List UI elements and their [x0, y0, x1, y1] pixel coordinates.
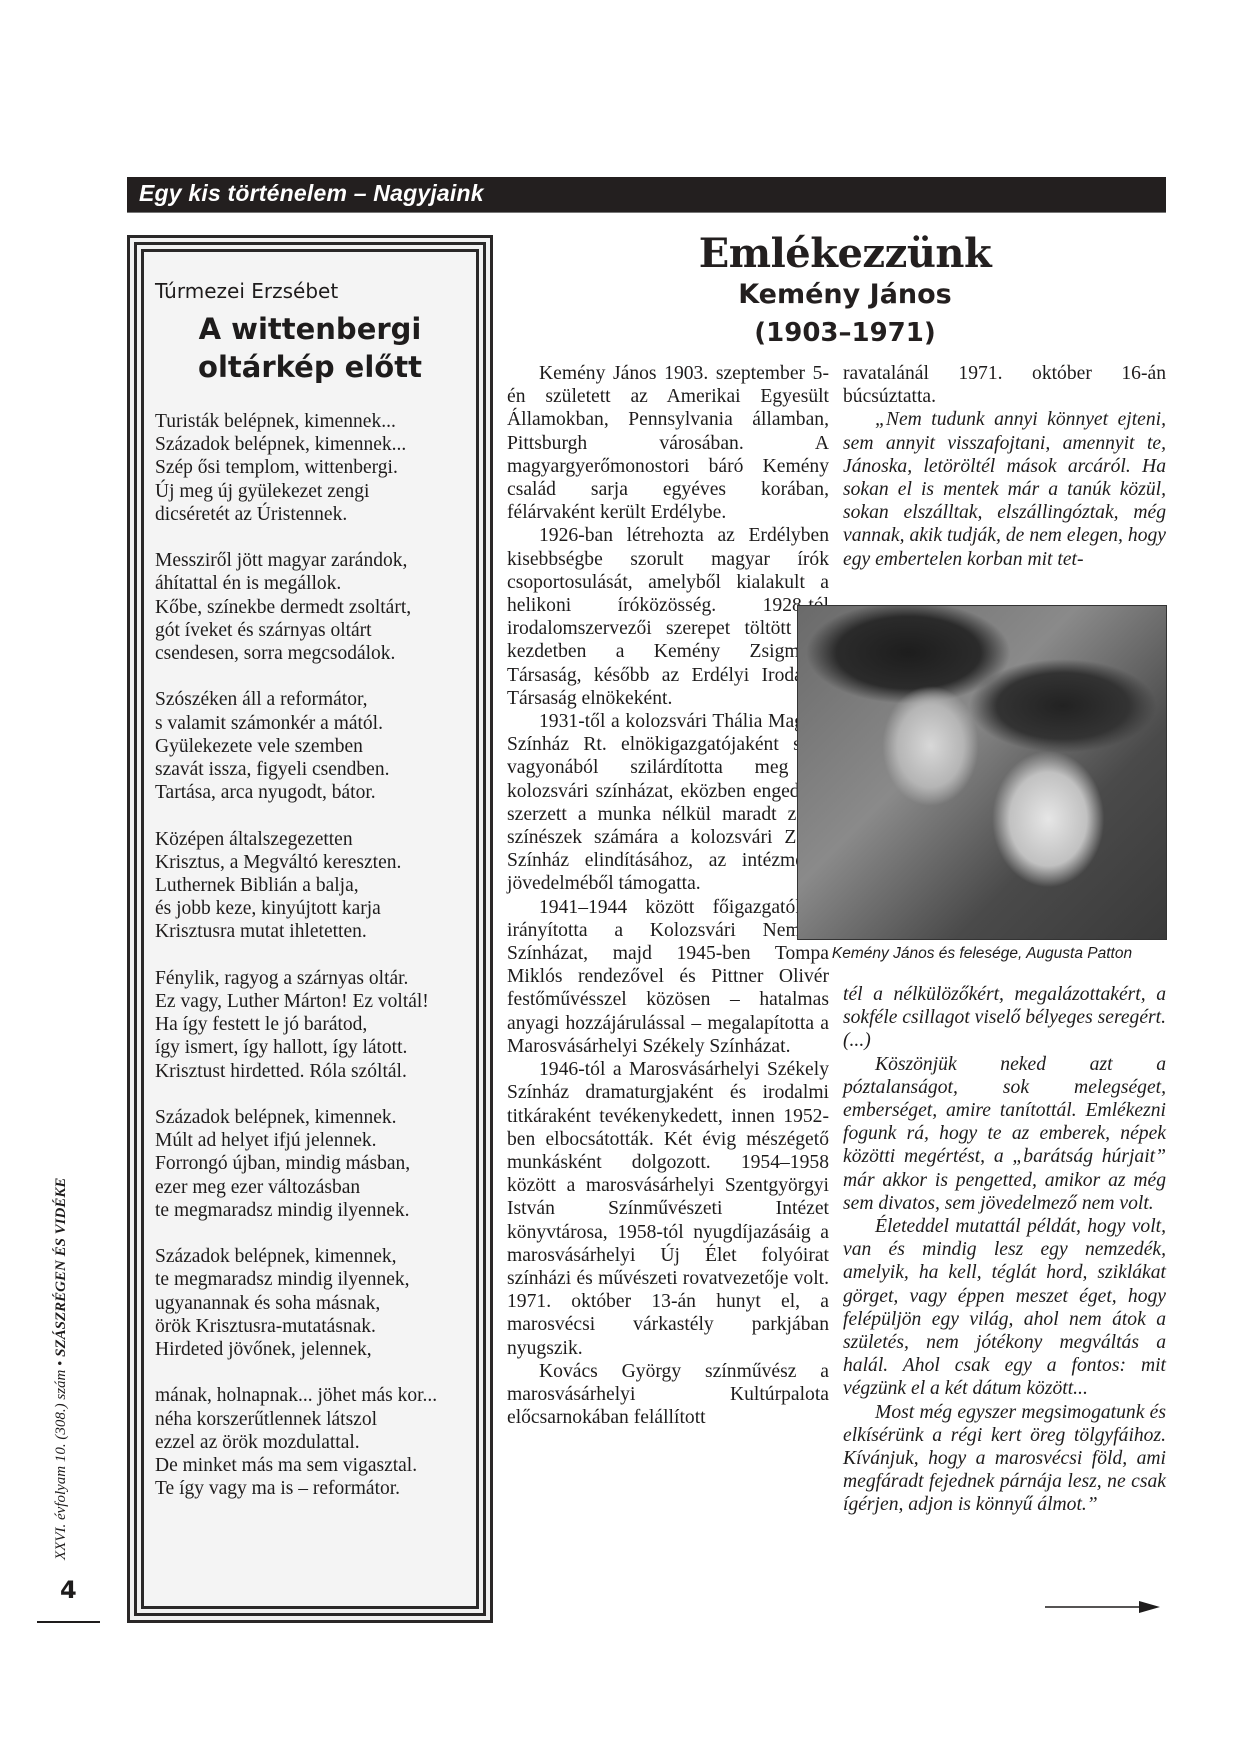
poem-line: néha korszerűtlennek látszol — [155, 1408, 475, 1431]
poem-line: mának, holnapnak... jöhet más kor... — [155, 1384, 475, 1407]
article-title: Kemény János — [680, 280, 1010, 310]
poem-stanza: Századok belépnek, kimennek, te megmarad… — [155, 1245, 475, 1361]
poem-line: Tartása, arca nyugodt, bátor. — [155, 781, 475, 804]
poem-author: Túrmezei Erzsébet — [155, 279, 338, 303]
page-number-rule — [37, 1621, 100, 1623]
poem-line: ezer meg ezer változásban — [155, 1176, 475, 1199]
article-paragraph: 1946-tól a Marosvásárhelyi Székely Szính… — [507, 1058, 829, 1360]
photo-caption: Kemény János és felesége, Augusta Patton — [797, 945, 1167, 963]
article-kicker: Emlékezzünk — [680, 232, 1010, 276]
poem-line: Új meg új gyülekezet zengi — [155, 480, 475, 503]
poem-line: Fénylik, ragyog a szárnyas oltár. — [155, 967, 475, 990]
poem-body: Turisták belépnek, kimennek... Századok … — [155, 410, 475, 1524]
poem-line: te megmaradsz mindig ilyennek. — [155, 1199, 475, 1222]
article-paragraph: Kovács György színművész a marosvásárhel… — [507, 1360, 829, 1430]
poem-line: áhítattal én is megállok. — [155, 572, 475, 595]
magazine-issue-label: XXVI. évfolyam 10. (308.) szám • SZÁSZRÉ… — [53, 1090, 75, 1560]
poem-line: Luthernek Biblián a balja, — [155, 874, 475, 897]
arrow-right-icon — [1045, 1600, 1160, 1614]
eulogy-quote: „Nem tudunk annyi könnyet ejteni, sem an… — [843, 408, 1166, 570]
poem-line: Messziről jött magyar zarándok, — [155, 549, 475, 572]
poem-stanza: Turisták belépnek, kimennek... Századok … — [155, 410, 475, 526]
page-number: 4 — [60, 1576, 77, 1604]
eulogy-paragraph: Köszönjük neked azt a póztalanságot, sok… — [843, 1053, 1166, 1215]
poem-line: dicséretét az Úristennek. — [155, 503, 475, 526]
poem-stanza: Messziről jött magyar zarándok, áhítatta… — [155, 549, 475, 665]
poem-line: Hirdeted jövőnek, jelennek, — [155, 1338, 475, 1361]
article-dates: (1903–1971) — [680, 318, 1010, 348]
poem-line: Századok belépnek, kimennek. — [155, 1106, 475, 1129]
poem-line: örök Krisztusra-mutatásnak. — [155, 1315, 475, 1338]
poem-line: De minket más ma sem vigasztal. — [155, 1454, 475, 1477]
poem-line: s valamit számonkér a mától. — [155, 712, 475, 735]
poem-line: Szép ősi templom, wittenbergi. — [155, 456, 475, 479]
poem-line: ugyanannak és soha másnak, — [155, 1292, 475, 1315]
article-column-right-bottom: tél a nélkülözőkért, megalázottakért, a … — [843, 983, 1166, 1517]
poem-line: és jobb keze, kinyújtott karja — [155, 897, 475, 920]
poem-title-line-2: oltárkép előtt — [140, 348, 480, 386]
poem-stanza: Századok belépnek, kimennek. Múlt ad hel… — [155, 1106, 475, 1222]
article-column-middle: Kemény János 1903. szeptember 5-én szüle… — [507, 362, 829, 1429]
poem-line: Szószéken áll a reformátor, — [155, 688, 475, 711]
poem-stanza: Szószéken áll a reformátor, s valamit sz… — [155, 688, 475, 804]
article-paragraph: 1931-től a kolozsvári Thália Magyar Szín… — [507, 710, 829, 896]
poem-line: Múlt ad helyet ifjú jelennek. — [155, 1129, 475, 1152]
poem-line: Századok belépnek, kimennek... — [155, 433, 475, 456]
poem-line: ezzel az örök mozdulattal. — [155, 1431, 475, 1454]
article-paragraph: 1941–1944 között főigazgatóként irányíto… — [507, 896, 829, 1058]
poem-stanza: Középen általszegezetten Krisztus, a Meg… — [155, 828, 475, 944]
poem-line: Gyülekezete vele szemben — [155, 735, 475, 758]
eulogy-paragraph: Most még egyszer megsimogatunk és elkísé… — [843, 1401, 1166, 1517]
poem-title: A wittenbergi oltárkép előtt — [140, 310, 480, 386]
poem-line: Krisztus, a Megváltó kereszten. — [155, 851, 475, 874]
portrait-photo — [797, 605, 1167, 940]
poem-line: szavát issza, figyeli csendben. — [155, 758, 475, 781]
poem-line: csendesen, sorra megcsodálok. — [155, 642, 475, 665]
article-column-right-top: ravatalánál 1971. október 16-án búcsúzta… — [843, 362, 1166, 571]
poem-line: Krisztust hirdetted. Róla szóltál. — [155, 1060, 475, 1083]
poem-line: Ha így festett le jó barátod, — [155, 1013, 475, 1036]
magazine-name: SZÁSZRÉGEN ÉS VIDÉKE — [53, 1178, 69, 1357]
poem-line: Ez vagy, Luther Márton! Ez voltál! — [155, 990, 475, 1013]
poem-stanza: Fénylik, ragyog a szárnyas oltár. Ez vag… — [155, 967, 475, 1083]
poem-line: Középen általszegezetten — [155, 828, 475, 851]
issue-info: XXVI. évfolyam 10. (308.) szám — [53, 1370, 69, 1560]
article-paragraph-continued: ravatalánál 1971. október 16-án búcsúzta… — [843, 362, 1166, 408]
article-paragraph: Kemény János 1903. szeptember 5-én szüle… — [507, 362, 829, 524]
poem-line: így ismert, így hallott, így látott. — [155, 1036, 475, 1059]
poem-line: te megmaradsz mindig ilyennek, — [155, 1268, 475, 1291]
article-paragraph: 1926-ban létrehozta az Erdélyben kisebbs… — [507, 524, 829, 710]
eulogy-paragraph: tél a nélkülözőkért, megalázottakért, a … — [843, 983, 1166, 1053]
poem-line: Századok belépnek, kimennek, — [155, 1245, 475, 1268]
poem-title-line-1: A wittenbergi — [140, 310, 480, 348]
poem-line: Krisztusra mutat ihletetten. — [155, 920, 475, 943]
eulogy-paragraph: Életeddel mutattál példát, hogy volt, va… — [843, 1215, 1166, 1401]
poem-line: Te így vagy ma is – reformátor. — [155, 1477, 475, 1500]
section-title: Egy kis történelem – Nagyjaink — [139, 180, 484, 207]
poem-line: Turisták belépnek, kimennek... — [155, 410, 475, 433]
bullet-separator: • — [53, 1361, 69, 1366]
poem-stanza: mának, holnapnak... jöhet más kor... néh… — [155, 1384, 475, 1500]
poem-line: Kőbe, színekbe dermedt zsoltárt, — [155, 596, 475, 619]
section-header-bar: Egy kis történelem – Nagyjaink — [127, 177, 1166, 213]
poem-line: gót íveket és szárnyas oltárt — [155, 619, 475, 642]
poem-line: Forrongó újban, mindig másban, — [155, 1152, 475, 1175]
